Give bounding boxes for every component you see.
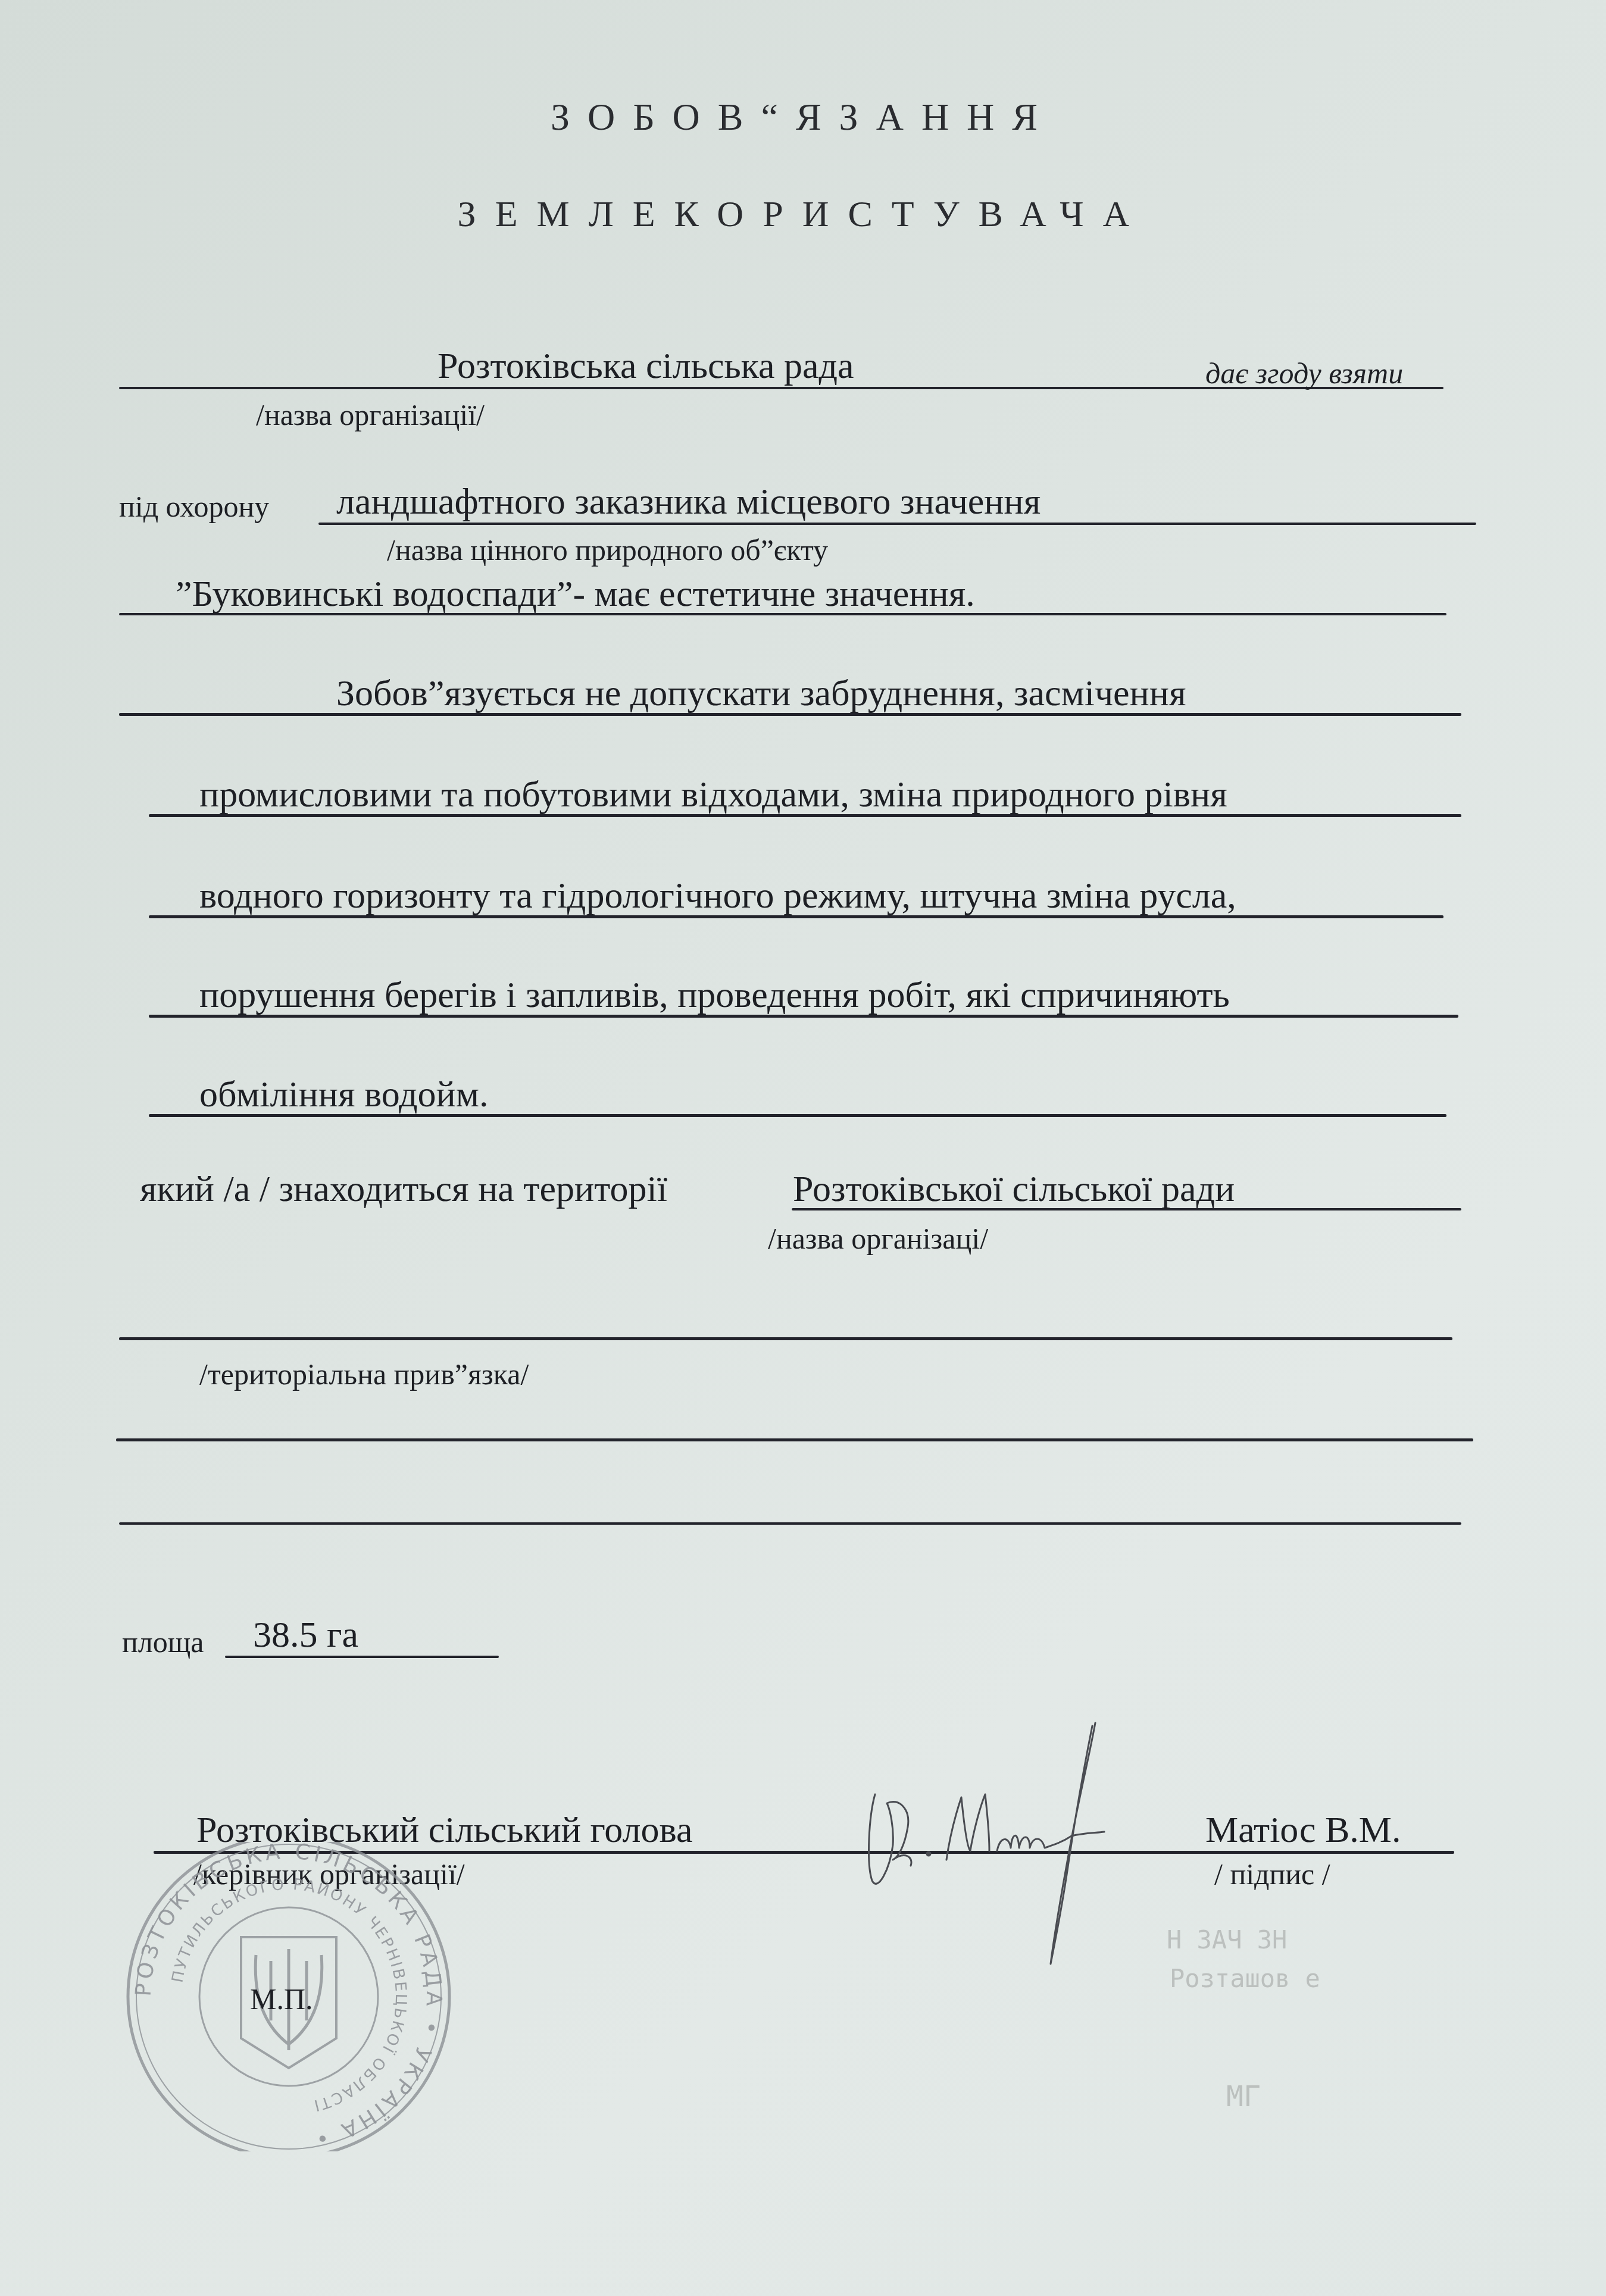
bleedthrough-text-1: Н ЗАЧ ЗН [1167,1925,1287,1954]
handwritten-signature [857,1708,1167,1982]
object-name-line: ”Буковинські водоспади”- має естетичне з… [176,573,975,615]
location-prefix: який /а / знаходиться на території [140,1168,667,1210]
head-name: Матіос В.М. [1205,1809,1401,1851]
consent-text: дає згоду взяти [1205,356,1403,390]
territory-line-1 [119,1337,1452,1340]
obligation-line: промисловими та побутовими відходами, зм… [199,774,1227,816]
area-value: 38.5 га [253,1614,358,1656]
org-name: Розтоківська сільська рада [438,345,854,387]
location-org: Розтоківської сільської ради [793,1168,1235,1210]
protection-label: під охорону [119,489,269,524]
obligation-line: Зобов”язується не допускати забруднення,… [336,672,1186,715]
protected-object: ландшафтного заказника місцевого значенн… [336,481,1041,523]
area-label: площа [122,1625,204,1659]
object-caption: /назва цінного природного об”єкту [387,533,828,567]
document-title-line1: ЗОБОВ“ЯЗАННЯ [0,95,1606,139]
org-caption: /назва організації/ [256,398,485,432]
obligation-line: порушення берегів і запливів, проведення… [199,974,1230,1016]
bleedthrough-text-3: МГ [1226,2080,1261,2113]
document-title-line2: ЗЕМЛЕКОРИСТУВАЧА [0,193,1606,236]
territory-line-2 [116,1438,1473,1441]
signature-caption: / підпис / [1214,1857,1330,1891]
obligation-line: обміління водойм. [199,1074,488,1116]
stamp-label: М.П. [250,1982,313,2016]
territory-line-3 [119,1522,1461,1525]
obligation-line: водного горизонту та гідрологічного режи… [199,875,1236,917]
location-caption: /назва організаці/ [768,1221,988,1256]
territory-caption: /територіальна прив”язка/ [199,1357,529,1391]
bleedthrough-text-2: Розташов е [1170,1964,1320,1993]
document-page: ЗОБОВ“ЯЗАННЯ ЗЕМЛЕКОРИСТУВАЧА Розтоківсь… [0,0,1606,2296]
